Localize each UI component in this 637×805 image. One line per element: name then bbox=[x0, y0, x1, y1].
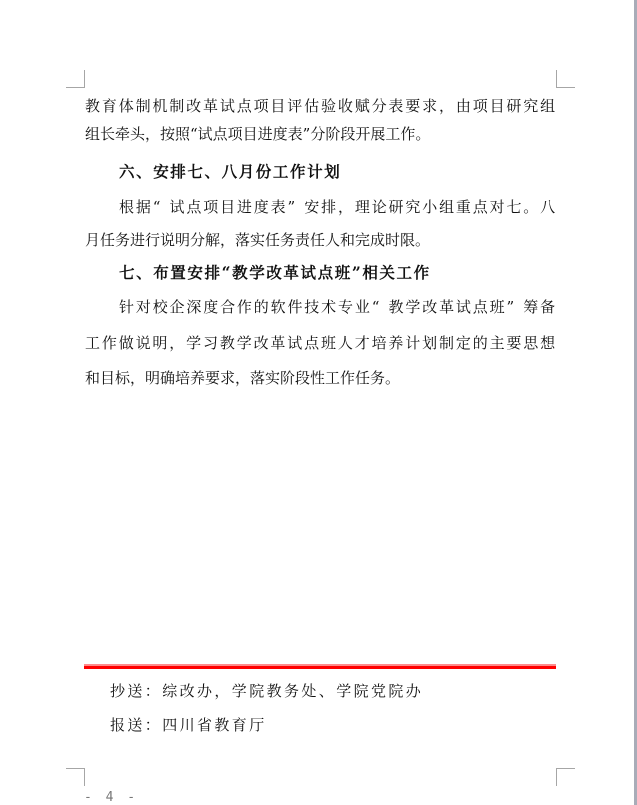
page-number: - 4 - bbox=[84, 790, 138, 805]
margin-corner-mark-bottom-right bbox=[556, 768, 575, 786]
margin-corner-mark-bottom-left bbox=[66, 768, 85, 786]
body-text-line: 教育体制机制改革试点项目评估验收赋分表要求，由项目研究组 bbox=[85, 96, 557, 116]
body-text-line: 根据“试点项目进度表”安排，理论研究小组重点对七。八 bbox=[119, 197, 557, 217]
document-page: 教育体制机制改革试点项目评估验收赋分表要求，由项目研究组 组长牵头，按照“试点项… bbox=[0, 0, 634, 805]
section-heading-6: 六、安排七、八月份工作计划 bbox=[119, 162, 557, 182]
body-text-line: 和目标，明确培养要求，落实阶段性工作任务。 bbox=[85, 368, 557, 388]
report-to-line: 报送：四川省教育厅 bbox=[110, 715, 267, 735]
section-heading-7: 七、布置安排“教学改革试点班”相关工作 bbox=[119, 263, 557, 283]
body-text-line: 针对校企深度合作的软件技术专业“教学改革试点班”筹备 bbox=[119, 297, 557, 317]
body-text-line: 组长牵头，按照“试点项目进度表”分阶段开展工作。 bbox=[85, 124, 557, 144]
body-text-line: 工作做说明，学习教学改革试点班人才培养计划制定的主要思想 bbox=[85, 333, 557, 353]
body-text-line: 月任务进行说明分解，落实任务责任人和完成时限。 bbox=[85, 230, 557, 250]
margin-corner-mark-top-right bbox=[556, 70, 575, 88]
cc-distribution-line: 抄送：综改办，学院教务处、学院党院办 bbox=[110, 681, 423, 701]
red-divider-rule bbox=[84, 664, 556, 669]
margin-corner-mark-top-left bbox=[66, 70, 85, 88]
